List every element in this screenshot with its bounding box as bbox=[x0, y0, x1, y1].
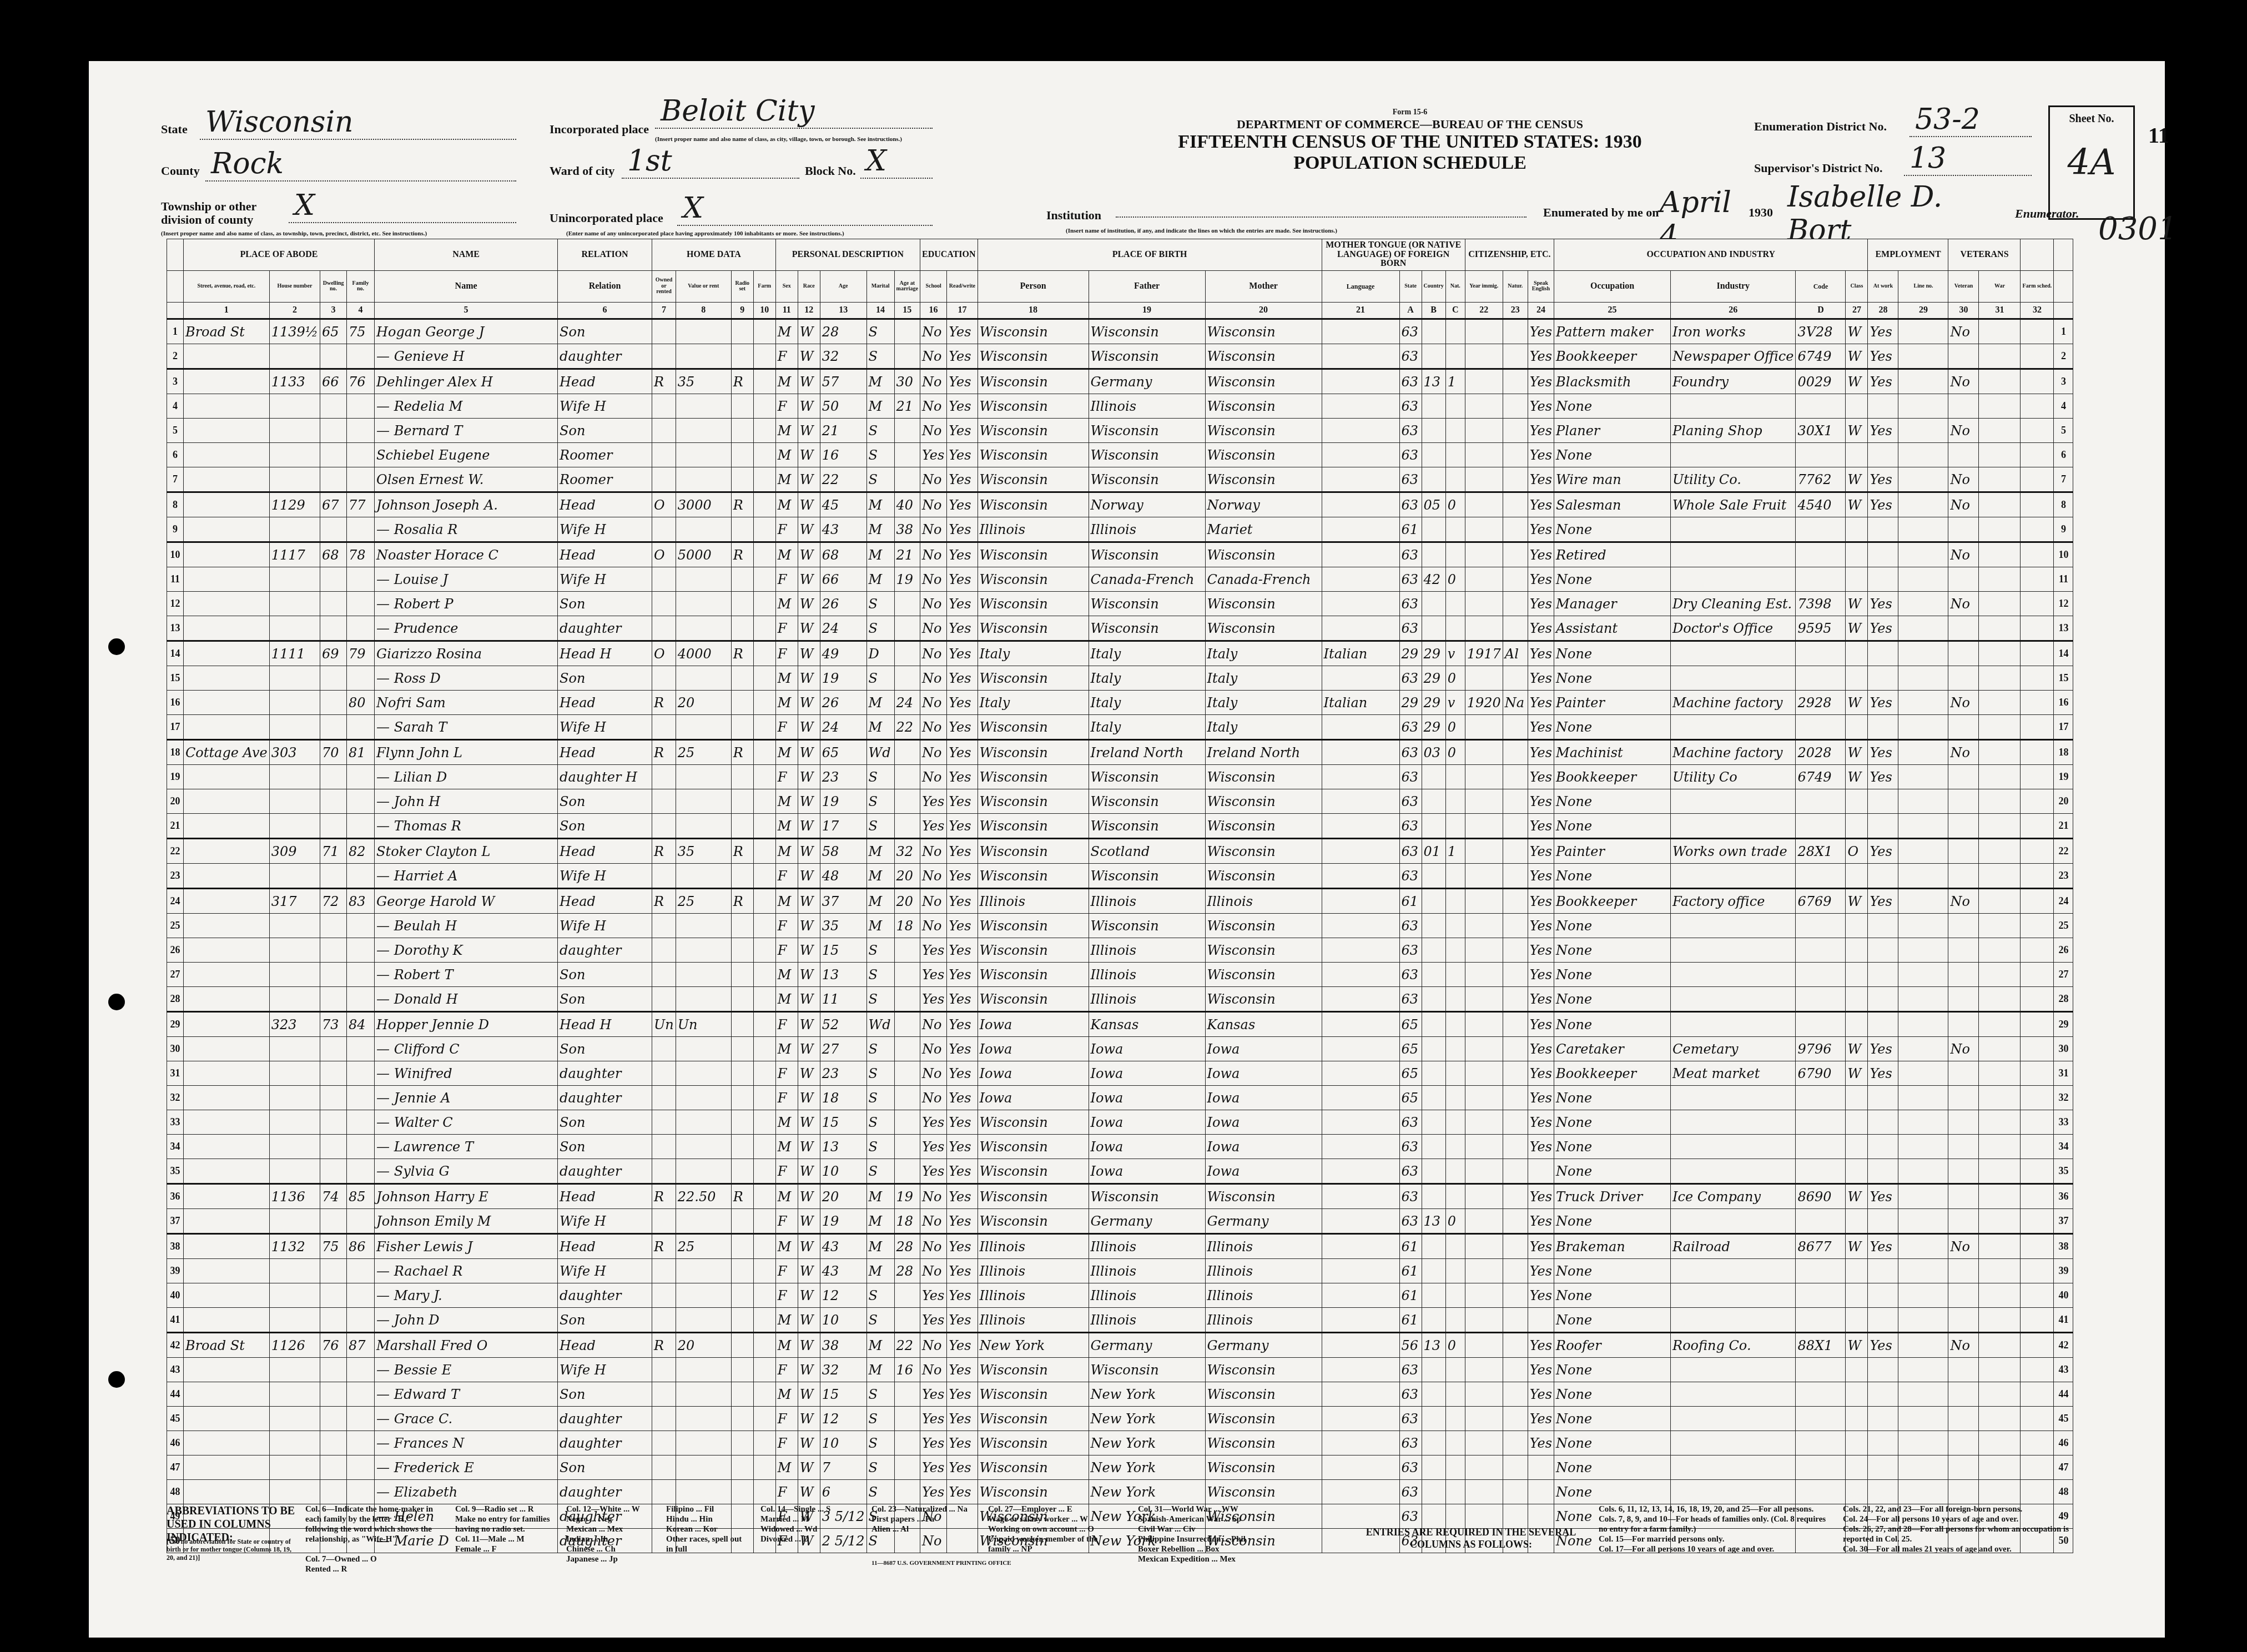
cell-mbp: Illinois bbox=[1205, 1234, 1322, 1259]
cell-nat bbox=[1503, 889, 1528, 914]
cell-b bbox=[1422, 616, 1445, 641]
cell-cls bbox=[1846, 1110, 1868, 1135]
cell-farm bbox=[753, 467, 775, 492]
cell-age: 57 bbox=[820, 369, 866, 394]
cell-val bbox=[676, 1308, 731, 1333]
cell-war bbox=[1979, 1431, 2021, 1455]
cell-a: 63 bbox=[1399, 1431, 1422, 1455]
cell-farm-sched bbox=[2021, 1283, 2054, 1308]
cell-rw: Yes bbox=[947, 344, 978, 369]
cell-street bbox=[184, 864, 270, 889]
column-number: 9 bbox=[731, 303, 753, 319]
line-number: 4 bbox=[167, 394, 184, 419]
cell-val bbox=[676, 864, 731, 889]
cell-work bbox=[1868, 715, 1898, 740]
cell-vet bbox=[1948, 641, 1979, 666]
cell-ind: Railroad bbox=[1671, 1234, 1796, 1259]
table-row: 15— Ross DSonMW19SNoYesWisconsinItalyIta… bbox=[167, 666, 2073, 691]
cell-sex: F bbox=[775, 1012, 798, 1037]
cell-b bbox=[1422, 1283, 1445, 1308]
cell-fam bbox=[347, 1259, 375, 1283]
cell-c bbox=[1445, 1259, 1465, 1283]
table-row: 34— Lawrence TSonMW13SYesYesWisconsinIow… bbox=[167, 1135, 2073, 1159]
cell-fam: 81 bbox=[347, 740, 375, 765]
cell-rel: Wife H bbox=[558, 715, 652, 740]
cell-street bbox=[184, 394, 270, 419]
cell-house bbox=[269, 987, 320, 1012]
cell-a: 63 bbox=[1399, 492, 1422, 517]
enumerator-name: Isabelle D. Bort bbox=[1782, 180, 2015, 248]
cell-occ: Painter bbox=[1554, 839, 1671, 864]
cell-name: Nofri Sam bbox=[375, 691, 558, 715]
cell-dw bbox=[320, 789, 347, 814]
cell-a: 61 bbox=[1399, 889, 1422, 914]
cell-eng: Yes bbox=[1528, 394, 1554, 419]
cell-age: 43 bbox=[820, 1234, 866, 1259]
cell-agem: 30 bbox=[894, 369, 920, 394]
cell-farm bbox=[753, 344, 775, 369]
cell-work bbox=[1868, 789, 1898, 814]
cell-nat bbox=[1503, 1209, 1528, 1234]
cell-agem bbox=[894, 319, 920, 344]
cell-work: Yes bbox=[1868, 616, 1898, 641]
cell-cls bbox=[1846, 789, 1868, 814]
township-hint: (Insert proper name and also name of cla… bbox=[161, 230, 427, 237]
cell-fbp: Illinois bbox=[1089, 1259, 1205, 1283]
cell-nat bbox=[1503, 567, 1528, 592]
cell-eng: Yes bbox=[1528, 1209, 1554, 1234]
cell-fbp: Illinois bbox=[1089, 938, 1205, 963]
cell-race: W bbox=[798, 839, 820, 864]
cell-sch: No bbox=[920, 765, 946, 789]
cell-house bbox=[269, 963, 320, 987]
cell-eng: Yes bbox=[1528, 963, 1554, 987]
cell-lang bbox=[1322, 814, 1399, 839]
cell-b: 03 bbox=[1422, 740, 1445, 765]
cell-radio bbox=[731, 517, 753, 542]
cell-nat bbox=[1503, 1234, 1528, 1259]
cell-occ: None bbox=[1554, 814, 1671, 839]
cell-race: W bbox=[798, 394, 820, 419]
cell-race: W bbox=[798, 1480, 820, 1504]
cell-race: W bbox=[798, 864, 820, 889]
entries-list-1: Cols. 6, 11, 12, 13, 14, 16, 18, 19, 20,… bbox=[1599, 1504, 1832, 1554]
cell-val bbox=[676, 963, 731, 987]
cell-rel: Son bbox=[558, 963, 652, 987]
cell-bp: Wisconsin bbox=[978, 1358, 1089, 1382]
cell-work bbox=[1868, 666, 1898, 691]
cell-house: 317 bbox=[269, 889, 320, 914]
line-number-right: 48 bbox=[2054, 1480, 2073, 1504]
cell-sex: F bbox=[775, 1431, 798, 1455]
cell-mar: S bbox=[866, 1431, 894, 1455]
cell-fam bbox=[347, 715, 375, 740]
cell-lang bbox=[1322, 1184, 1399, 1209]
cell-race: W bbox=[798, 765, 820, 789]
cell-own bbox=[652, 1259, 676, 1283]
cell-imm bbox=[1465, 1431, 1503, 1455]
line-number-right: 3 bbox=[2054, 369, 2073, 394]
cell-a: 63 bbox=[1399, 765, 1422, 789]
cell-farm-sched bbox=[2021, 1184, 2054, 1209]
cell-eng: Yes bbox=[1528, 914, 1554, 938]
cell-occ: Salesman bbox=[1554, 492, 1671, 517]
incorporated-hint: (Insert proper name and also name of cla… bbox=[655, 136, 902, 143]
cell-mbp: Wisconsin bbox=[1205, 467, 1322, 492]
cell-rel: Son bbox=[558, 1110, 652, 1135]
cell-own bbox=[652, 419, 676, 443]
cell-street bbox=[184, 963, 270, 987]
sd-value: 13 bbox=[1904, 142, 2032, 176]
col-label: War bbox=[1979, 271, 2021, 303]
col-label: Nat. bbox=[1445, 271, 1465, 303]
cell-rel: Son bbox=[558, 1037, 652, 1061]
column-number: 22 bbox=[1465, 303, 1503, 319]
cell-imm bbox=[1465, 839, 1503, 864]
cell-val: 22.50 bbox=[676, 1184, 731, 1209]
cell-fam bbox=[347, 1159, 375, 1184]
cell-street bbox=[184, 691, 270, 715]
cell-age: 18 bbox=[820, 1086, 866, 1110]
line-number: 1 bbox=[167, 319, 184, 344]
column-group-row: PLACE OF ABODE NAME RELATION HOME DATA P… bbox=[167, 239, 2073, 271]
cell-age: 19 bbox=[820, 1209, 866, 1234]
cell-code bbox=[1796, 1209, 1846, 1234]
cell-ind bbox=[1671, 789, 1796, 814]
cell-ln29 bbox=[1898, 1455, 1948, 1480]
cell-age: 26 bbox=[820, 592, 866, 616]
cell-sex: M bbox=[775, 666, 798, 691]
cell-mbp: Wisconsin bbox=[1205, 1407, 1322, 1431]
cell-sch: Yes bbox=[920, 1308, 946, 1333]
cell-sch: Yes bbox=[920, 1110, 946, 1135]
line-number: 30 bbox=[167, 1037, 184, 1061]
cell-radio bbox=[731, 1283, 753, 1308]
cell-bp: Wisconsin bbox=[978, 443, 1089, 467]
cell-ln29 bbox=[1898, 987, 1948, 1012]
cell-name: — Robert T bbox=[375, 963, 558, 987]
cell-farm-sched bbox=[2021, 839, 2054, 864]
cell-race: W bbox=[798, 889, 820, 914]
cell-sch: No bbox=[920, 492, 946, 517]
cell-fbp: Illinois bbox=[1089, 394, 1205, 419]
cell-nat bbox=[1503, 1333, 1528, 1358]
cell-sch: Yes bbox=[920, 1480, 946, 1504]
cell-fbp: New York bbox=[1089, 1407, 1205, 1431]
cell-mbp: Wisconsin bbox=[1205, 963, 1322, 987]
cell-bp: Wisconsin bbox=[978, 987, 1089, 1012]
cell-rel: Son bbox=[558, 789, 652, 814]
cell-val bbox=[676, 443, 731, 467]
cell-ind bbox=[1671, 715, 1796, 740]
cell-code bbox=[1796, 864, 1846, 889]
cell-farm-sched bbox=[2021, 1431, 2054, 1455]
cell-radio bbox=[731, 1333, 753, 1358]
cell-race: W bbox=[798, 592, 820, 616]
cell-work bbox=[1868, 1110, 1898, 1135]
cell-name: — Walter C bbox=[375, 1110, 558, 1135]
cell-ind bbox=[1671, 1110, 1796, 1135]
cell-race: W bbox=[798, 1135, 820, 1159]
cell-farm bbox=[753, 765, 775, 789]
table-row: 7Olsen Ernest W.RoomerMW22SNoYesWisconsi… bbox=[167, 467, 2073, 492]
cell-ind: Doctor's Office bbox=[1671, 616, 1796, 641]
cell-a: 63 bbox=[1399, 616, 1422, 641]
table-row: 35— Sylvia GdaughterFW10SYesYesWisconsin… bbox=[167, 1159, 2073, 1184]
cell-code bbox=[1796, 1159, 1846, 1184]
cell-race: W bbox=[798, 1283, 820, 1308]
cell-war bbox=[1979, 1455, 2021, 1480]
cell-imm bbox=[1465, 1110, 1503, 1135]
cell-street bbox=[184, 889, 270, 914]
cell-lang bbox=[1322, 914, 1399, 938]
cell-sch: No bbox=[920, 1037, 946, 1061]
cell-rel: Roomer bbox=[558, 467, 652, 492]
cell-war bbox=[1979, 542, 2021, 567]
cell-val: 25 bbox=[676, 740, 731, 765]
cell-b: 01 bbox=[1422, 839, 1445, 864]
cell-name: — John D bbox=[375, 1308, 558, 1333]
cell-farm bbox=[753, 839, 775, 864]
cell-b bbox=[1422, 1135, 1445, 1159]
cell-house bbox=[269, 467, 320, 492]
cell-imm bbox=[1465, 789, 1503, 814]
cell-race: W bbox=[798, 666, 820, 691]
cell-radio bbox=[731, 963, 753, 987]
cell-fam bbox=[347, 1283, 375, 1308]
cell-ind bbox=[1671, 864, 1796, 889]
cell-eng: Yes bbox=[1528, 616, 1554, 641]
cell-cls bbox=[1846, 914, 1868, 938]
cell-house bbox=[269, 419, 320, 443]
cell-street bbox=[184, 1382, 270, 1407]
cell-rw: Yes bbox=[947, 319, 978, 344]
cell-mbp: Wisconsin bbox=[1205, 419, 1322, 443]
cell-vet bbox=[1948, 1480, 1979, 1504]
cell-imm bbox=[1465, 492, 1503, 517]
cell-house bbox=[269, 517, 320, 542]
cell-house bbox=[269, 1086, 320, 1110]
cell-c bbox=[1445, 344, 1465, 369]
cell-nat bbox=[1503, 419, 1528, 443]
cell-rw: Yes bbox=[947, 641, 978, 666]
cell-fam bbox=[347, 592, 375, 616]
line-number: 2 bbox=[167, 344, 184, 369]
cell-lang bbox=[1322, 1455, 1399, 1480]
cell-mar: S bbox=[866, 616, 894, 641]
cell-agem bbox=[894, 963, 920, 987]
cell-ind: Machine factory bbox=[1671, 691, 1796, 715]
table-row: 1411116979Giarizzo RosinaHead HO4000RFW4… bbox=[167, 641, 2073, 666]
cell-war bbox=[1979, 592, 2021, 616]
line-number-right: 46 bbox=[2054, 1431, 2073, 1455]
cell-mar: Wd bbox=[866, 1012, 894, 1037]
cell-vet bbox=[1948, 666, 1979, 691]
cell-ind bbox=[1671, 1431, 1796, 1455]
cell-farm-sched bbox=[2021, 542, 2054, 567]
cell-war bbox=[1979, 765, 2021, 789]
cell-work: Yes bbox=[1868, 740, 1898, 765]
cell-mar: M bbox=[866, 492, 894, 517]
cell-fam bbox=[347, 1110, 375, 1135]
cell-rel: Head bbox=[558, 369, 652, 394]
cell-ln29 bbox=[1898, 938, 1948, 963]
cell-occ: None bbox=[1554, 567, 1671, 592]
cell-agem bbox=[894, 1480, 920, 1504]
line-number: 38 bbox=[167, 1234, 184, 1259]
cell-rel: daughter bbox=[558, 1086, 652, 1110]
cell-dw bbox=[320, 517, 347, 542]
cell-rw: Yes bbox=[947, 1061, 978, 1086]
cell-vet: No bbox=[1948, 740, 1979, 765]
cell-lang bbox=[1322, 1061, 1399, 1086]
group-name: NAME bbox=[375, 239, 558, 271]
cell-c bbox=[1445, 814, 1465, 839]
line-number: 10 bbox=[167, 542, 184, 567]
cell-a: 63 bbox=[1399, 1455, 1422, 1480]
cell-val bbox=[676, 319, 731, 344]
cell-c: 0 bbox=[1445, 1209, 1465, 1234]
cell-fam bbox=[347, 814, 375, 839]
cell-dw bbox=[320, 1431, 347, 1455]
cell-name: — Redelia M bbox=[375, 394, 558, 419]
cell-cls bbox=[1846, 963, 1868, 987]
cell-sch: Yes bbox=[920, 443, 946, 467]
cell-rel: Head bbox=[558, 492, 652, 517]
cell-sex: M bbox=[775, 1333, 798, 1358]
cell-cls: W bbox=[1846, 691, 1868, 715]
cell-b: 29 bbox=[1422, 641, 1445, 666]
cell-radio bbox=[731, 1209, 753, 1234]
incorporated-value: Beloit City bbox=[655, 94, 933, 129]
cell-fbp: Illinois bbox=[1089, 987, 1205, 1012]
col-label: Speak English bbox=[1528, 271, 1554, 303]
cell-farm bbox=[753, 542, 775, 567]
sheet-value: 4A bbox=[2050, 142, 2133, 183]
cell-name: Noaster Horace C bbox=[375, 542, 558, 567]
col-label: Owned or rented bbox=[652, 271, 676, 303]
line-number-right: 16 bbox=[2054, 691, 2073, 715]
cell-agem: 22 bbox=[894, 715, 920, 740]
cell-age: 24 bbox=[820, 616, 866, 641]
cell-c bbox=[1445, 1061, 1465, 1086]
cell-sch: No bbox=[920, 542, 946, 567]
cell-street bbox=[184, 987, 270, 1012]
cell-rw: Yes bbox=[947, 1012, 978, 1037]
line-number: 44 bbox=[167, 1382, 184, 1407]
cell-sch: No bbox=[920, 319, 946, 344]
cell-street bbox=[184, 443, 270, 467]
cell-own bbox=[652, 1407, 676, 1431]
cell-code bbox=[1796, 1382, 1846, 1407]
cell-farm bbox=[753, 1382, 775, 1407]
cell-c: 0 bbox=[1445, 567, 1465, 592]
cell-imm bbox=[1465, 666, 1503, 691]
cell-mbp: Norway bbox=[1205, 492, 1322, 517]
cell-c bbox=[1445, 517, 1465, 542]
cell-fam: 83 bbox=[347, 889, 375, 914]
cell-mbp: Wisconsin bbox=[1205, 839, 1322, 864]
cell-agem: 32 bbox=[894, 839, 920, 864]
cell-work: Yes bbox=[1868, 344, 1898, 369]
cell-fam: 76 bbox=[347, 369, 375, 394]
cell-own bbox=[652, 765, 676, 789]
cell-lang bbox=[1322, 789, 1399, 814]
cell-radio: R bbox=[731, 1184, 753, 1209]
group-home-data: HOME DATA bbox=[652, 239, 776, 271]
cell-own bbox=[652, 1431, 676, 1455]
cell-fbp: Ireland North bbox=[1089, 740, 1205, 765]
cell-a: 63 bbox=[1399, 394, 1422, 419]
cell-occ: Painter bbox=[1554, 691, 1671, 715]
table-row: 4— Redelia MWife HFW50M21NoYesWisconsinI… bbox=[167, 394, 2073, 419]
line-number-right: 47 bbox=[2054, 1455, 2073, 1480]
cell-own bbox=[652, 592, 676, 616]
cell-agem: 19 bbox=[894, 567, 920, 592]
cell-occ: Truck Driver bbox=[1554, 1184, 1671, 1209]
cell-mar: S bbox=[866, 1308, 894, 1333]
cell-agem: 19 bbox=[894, 1184, 920, 1209]
cell-occ: None bbox=[1554, 1431, 1671, 1455]
cell-race: W bbox=[798, 369, 820, 394]
cell-age: 24 bbox=[820, 715, 866, 740]
cell-ln29 bbox=[1898, 1110, 1948, 1135]
cell-radio bbox=[731, 467, 753, 492]
cell-b bbox=[1422, 1110, 1445, 1135]
cell-code bbox=[1796, 1283, 1846, 1308]
cell-mbp: Wisconsin bbox=[1205, 914, 1322, 938]
cell-radio bbox=[731, 1455, 753, 1480]
cell-war bbox=[1979, 914, 2021, 938]
cell-code bbox=[1796, 641, 1846, 666]
cell-own: R bbox=[652, 740, 676, 765]
cell-farm-sched bbox=[2021, 616, 2054, 641]
cell-code bbox=[1796, 1012, 1846, 1037]
cell-age: 19 bbox=[820, 789, 866, 814]
cell-occ: Wire man bbox=[1554, 467, 1671, 492]
cell-farm-sched bbox=[2021, 344, 2054, 369]
cell-eng: Yes bbox=[1528, 1037, 1554, 1061]
cell-rel: Wife H bbox=[558, 1358, 652, 1382]
cell-street bbox=[184, 789, 270, 814]
cell-vet bbox=[1948, 1259, 1979, 1283]
line-number-right: 41 bbox=[2054, 1308, 2073, 1333]
cell-name: Flynn John L bbox=[375, 740, 558, 765]
cell-code: 2928 bbox=[1796, 691, 1846, 715]
table-row: 37Johnson Emily MWife HFW19M18NoYesWisco… bbox=[167, 1209, 2073, 1234]
cell-radio bbox=[731, 691, 753, 715]
cell-farm bbox=[753, 1110, 775, 1135]
cell-age: 45 bbox=[820, 492, 866, 517]
cell-imm bbox=[1465, 592, 1503, 616]
cell-fbp: New York bbox=[1089, 1431, 1205, 1455]
cell-ind bbox=[1671, 1283, 1796, 1308]
cell-eng: Yes bbox=[1528, 1012, 1554, 1037]
cell-nat bbox=[1503, 814, 1528, 839]
cell-bp: Wisconsin bbox=[978, 666, 1089, 691]
col-label: School bbox=[920, 271, 946, 303]
cell-vet bbox=[1948, 1209, 1979, 1234]
cell-age: 32 bbox=[820, 1358, 866, 1382]
cell-house bbox=[269, 1480, 320, 1504]
cell-race: W bbox=[798, 517, 820, 542]
cell-agem bbox=[894, 740, 920, 765]
cell-name: Fisher Lewis J bbox=[375, 1234, 558, 1259]
line-number-right: 22 bbox=[2054, 839, 2073, 864]
cell-fam bbox=[347, 419, 375, 443]
cell-b bbox=[1422, 1382, 1445, 1407]
unincorporated-hint: (Enter name of any unincorporated place … bbox=[566, 230, 844, 237]
